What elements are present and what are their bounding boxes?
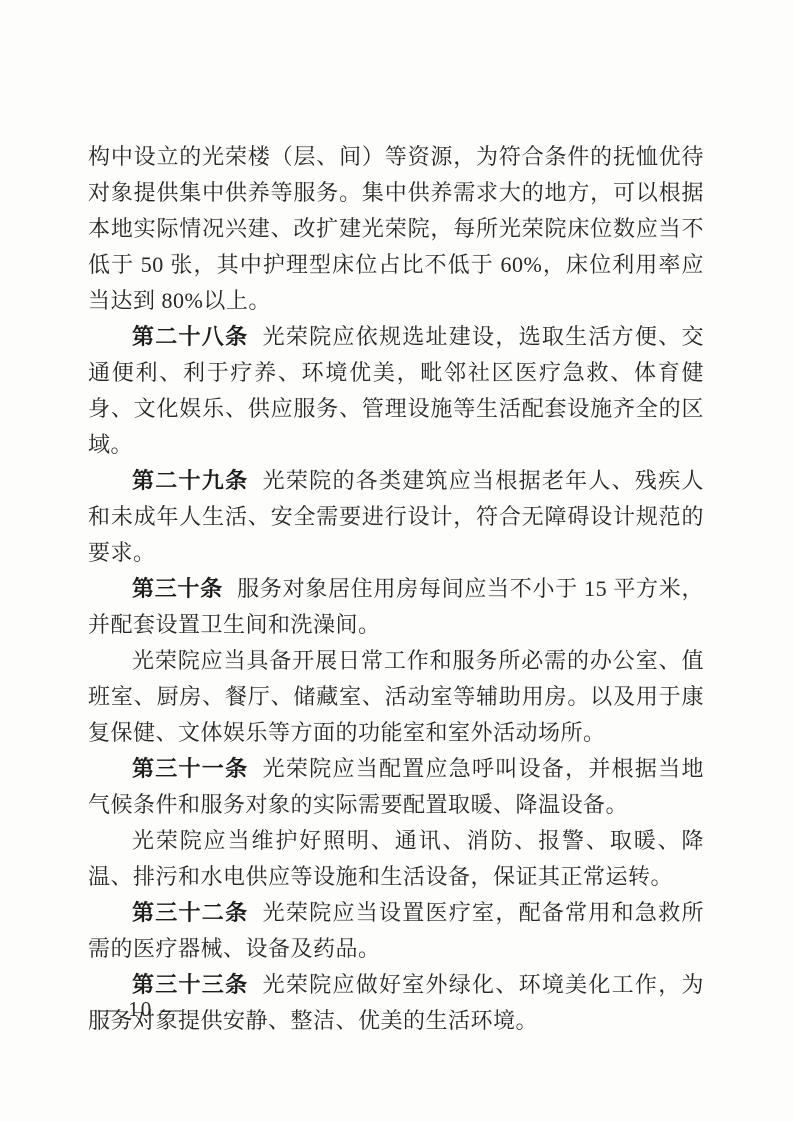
paragraph-body: 光荣院应当具备开展日常工作和服务所必需的办公室、值班室、厨房、餐厅、储藏室、活动… (88, 643, 704, 751)
paragraph-article-30: 第三十条服务对象居住用房每间应当不小于 15 平方米，并配套设置卫生间和洗澡间。 (88, 571, 704, 643)
document-page: 构中设立的光荣楼（层、间）等资源，为符合条件的抚恤优待对象提供集中供养等服务。集… (0, 0, 793, 1122)
paragraph-article-28: 第二十八条光荣院应依规选址建设，选取生活方便、交通便利、利于疗养、环境优美，毗邻… (88, 319, 704, 463)
paragraph-continuation: 构中设立的光荣楼（层、间）等资源，为符合条件的抚恤优待对象提供集中供养等服务。集… (88, 139, 704, 319)
paragraph-text: 光荣院应当具备开展日常工作和服务所必需的办公室、值班室、厨房、餐厅、储藏室、活动… (88, 648, 704, 745)
article-number: 第三十二条 (132, 900, 248, 925)
article-number: 第二十八条 (132, 324, 248, 349)
article-number: 第三十一条 (132, 756, 248, 781)
paragraph-body: 光荣院应当维护好照明、通讯、消防、报警、取暖、降温、排污和水电供应等设施和生活设… (88, 823, 704, 895)
article-number: 第二十九条 (132, 468, 248, 493)
article-number: 第三十三条 (132, 972, 248, 997)
paragraph-article-29: 第二十九条光荣院的各类建筑应当根据老年人、残疾人和未成年人生活、安全需要进行设计… (88, 463, 704, 571)
article-number: 第三十条 (132, 576, 223, 601)
document-body: 构中设立的光荣楼（层、间）等资源，为符合条件的抚恤优待对象提供集中供养等服务。集… (88, 139, 704, 1039)
page-number: — 10 — (98, 997, 184, 1022)
paragraph-text: 构中设立的光荣楼（层、间）等资源，为符合条件的抚恤优待对象提供集中供养等服务。集… (88, 144, 704, 313)
paragraph-article-31: 第三十一条光荣院应当配置应急呼叫设备，并根据当地气候条件和服务对象的实际需要配置… (88, 751, 704, 823)
paragraph-article-32: 第三十二条光荣院应当设置医疗室，配备常用和急救所需的医疗器械、设备及药品。 (88, 895, 704, 967)
paragraph-text: 光荣院应当维护好照明、通讯、消防、报警、取暖、降温、排污和水电供应等设施和生活设… (88, 828, 704, 889)
